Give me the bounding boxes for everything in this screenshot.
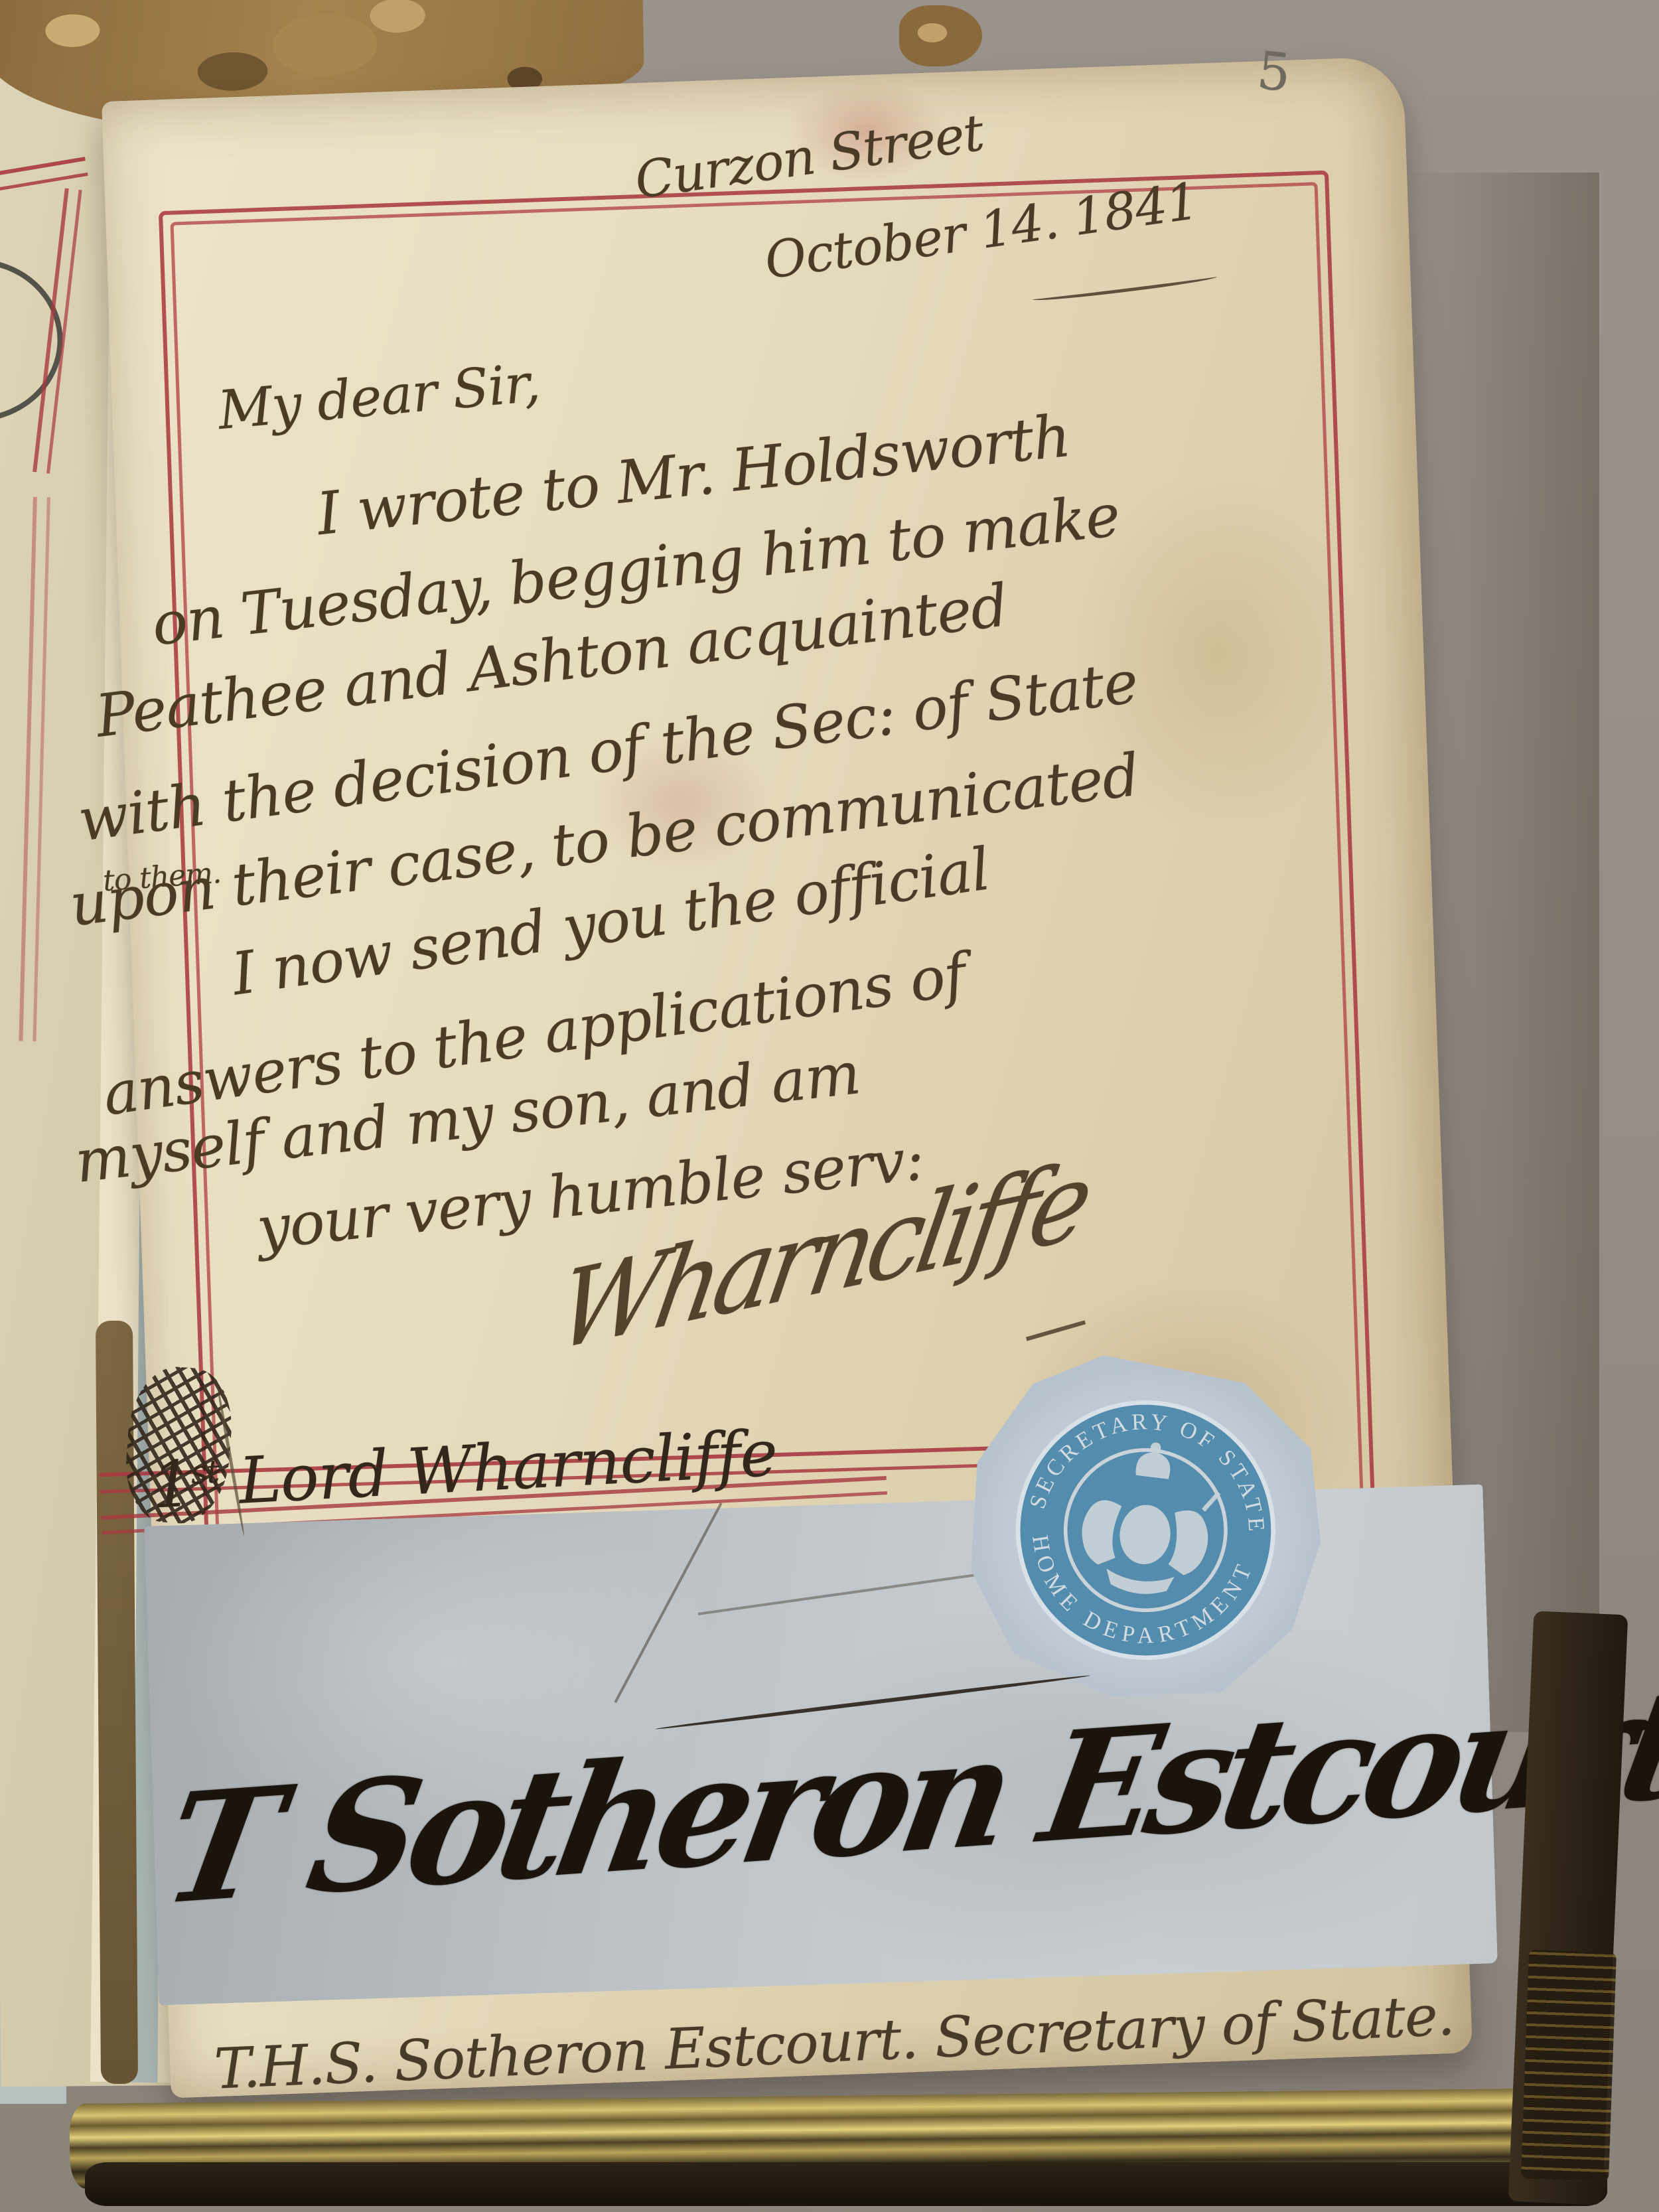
- home-department-seal: SECRETARY OF STATE HOME DEPARTMENT: [951, 1342, 1340, 1720]
- marbled-cover-fragment: [899, 5, 982, 66]
- photo-of-letter-book: SECRETARY OF STATE HOME DEPARTMENT 5 Cur…: [0, 0, 1659, 2212]
- seal-emblem-icon: SECRETARY OF STATE HOME DEPARTMENT: [974, 1364, 1317, 1696]
- attribution-number: 1: [150, 1447, 194, 1523]
- leather-binding-edge: [85, 2162, 1607, 2206]
- letter-line-inserted: to them.: [102, 859, 222, 896]
- gilt-corner-tooling: [1521, 1950, 1617, 2181]
- page-number: 5: [1255, 45, 1293, 100]
- facing-page-red-rule: [0, 157, 88, 192]
- facing-page-red-rule: [19, 497, 50, 1041]
- attribution-ordinal: st: [190, 1453, 220, 1491]
